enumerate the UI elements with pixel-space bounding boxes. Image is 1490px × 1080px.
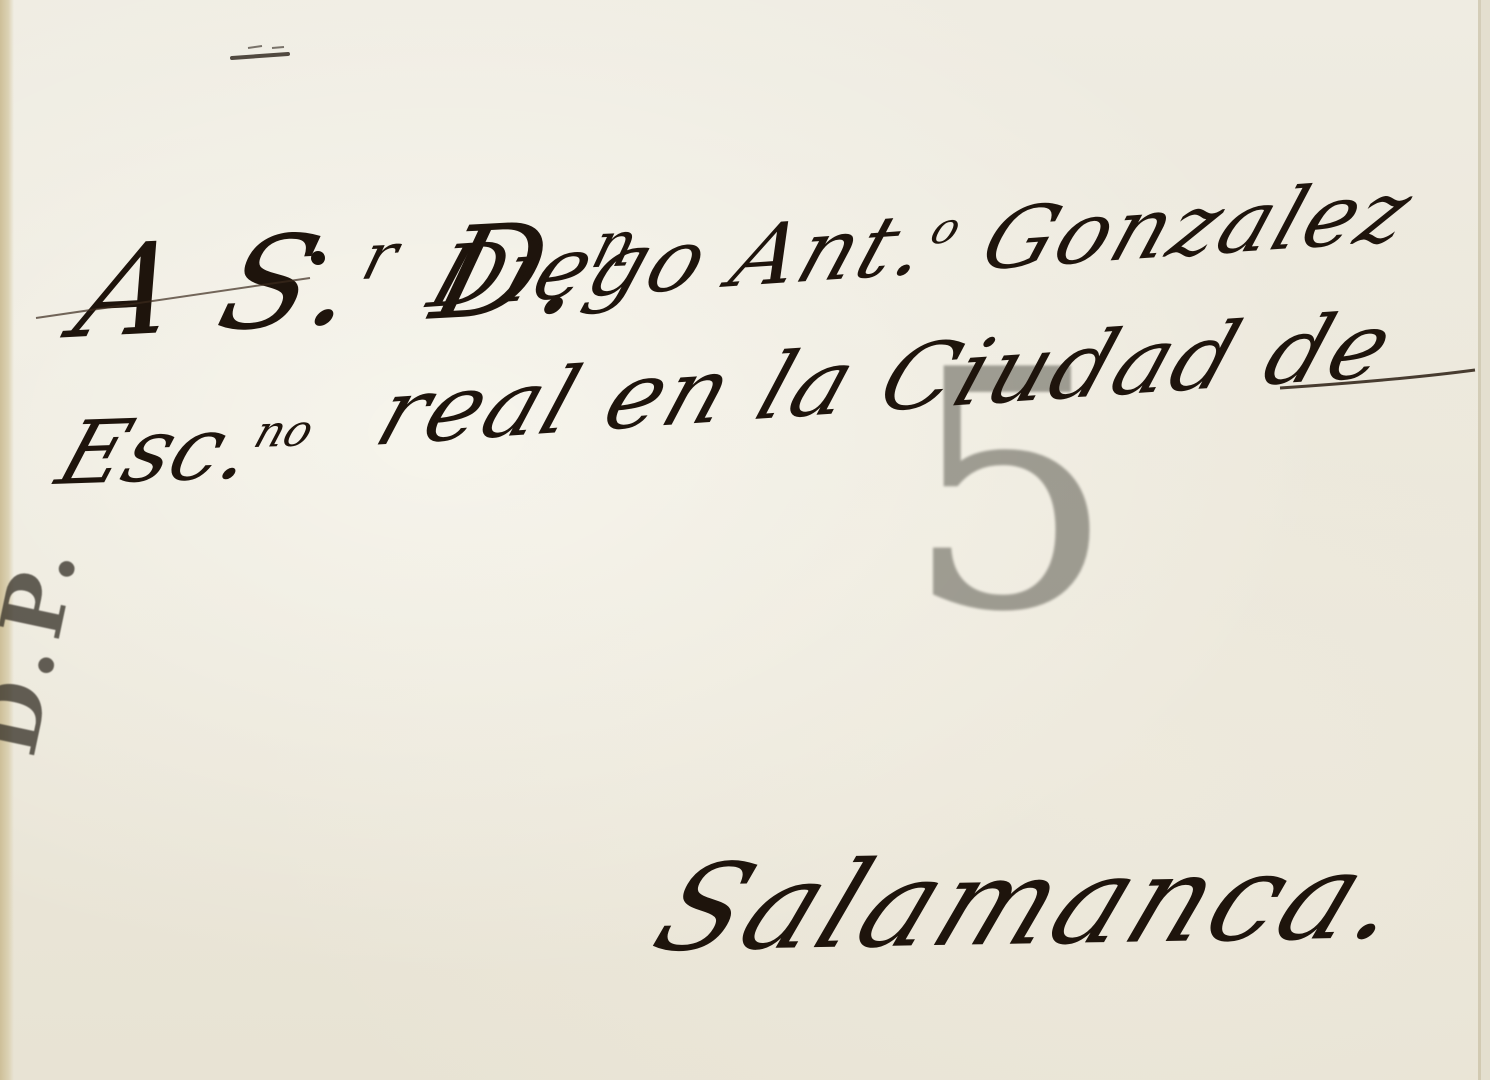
address-line-2-prefix: Esc.no [48,402,321,498]
origin-postmark: D.P. [0,530,97,763]
salutation-text: A S. [61,205,379,368]
occupation-abbrev: Esc. [46,396,269,505]
letter-cover: 5 D.P. A S.r D.n Diego Ant.o Gonzalez Es… [0,0,1490,1080]
paper-right-edge [1481,0,1490,1080]
destination-city: Salamanca. [640,837,1425,970]
recipient-surname: Gonzalez [970,162,1426,291]
top-ink-mark [228,44,308,64]
address-line-1-name: Diego Ant.o Gonzalez [420,169,1423,321]
